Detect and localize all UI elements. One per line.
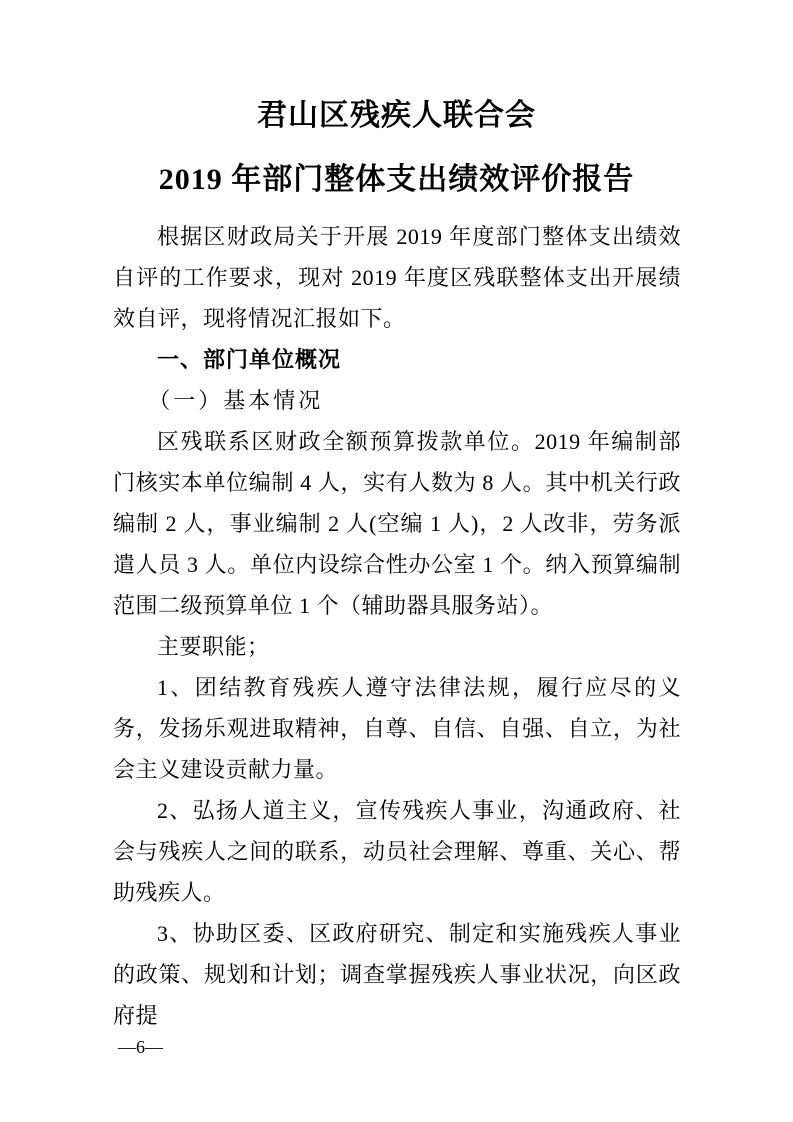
document-title-line2: 2019 年部门整体支出绩效评价报告 <box>0 162 793 198</box>
document-page: 君山区残疾人联合会 2019 年部门整体支出绩效评价报告 根据区财政局关于开展 … <box>0 0 793 1122</box>
document-title-line1: 君山区残疾人联合会 <box>0 98 793 134</box>
page-number: —6— <box>118 1036 163 1058</box>
intro-paragraph: 根据区财政局关于开展 2019 年度部门整体支出绩效自评的工作要求，现对 201… <box>113 216 681 339</box>
document-body: 根据区财政局关于开展 2019 年度部门整体支出绩效自评的工作要求，现对 201… <box>113 216 681 1036</box>
main-functions-label: 主要职能； <box>113 626 681 667</box>
section-1-subheading-basic-info: （一）基本情况 <box>113 380 681 421</box>
basic-info-paragraph: 区残联系区财政全额预算拨款单位。2019 年编制部门核实本单位编制 4 人，实有… <box>113 421 681 626</box>
function-item-3: 3、协助区委、区政府研究、制定和实施残疾人事业的政策、规划和计划；调查掌握残疾人… <box>113 913 681 1036</box>
function-item-1: 1、团结教育残疾人遵守法律法规，履行应尽的义务，发扬乐观进取精神，自尊、自信、自… <box>113 667 681 790</box>
section-1-heading: 一、部门单位概况 <box>113 339 681 380</box>
function-item-2: 2、弘扬人道主义，宣传残疾人事业，沟通政府、社会与残疾人之间的联系，动员社会理解… <box>113 790 681 913</box>
